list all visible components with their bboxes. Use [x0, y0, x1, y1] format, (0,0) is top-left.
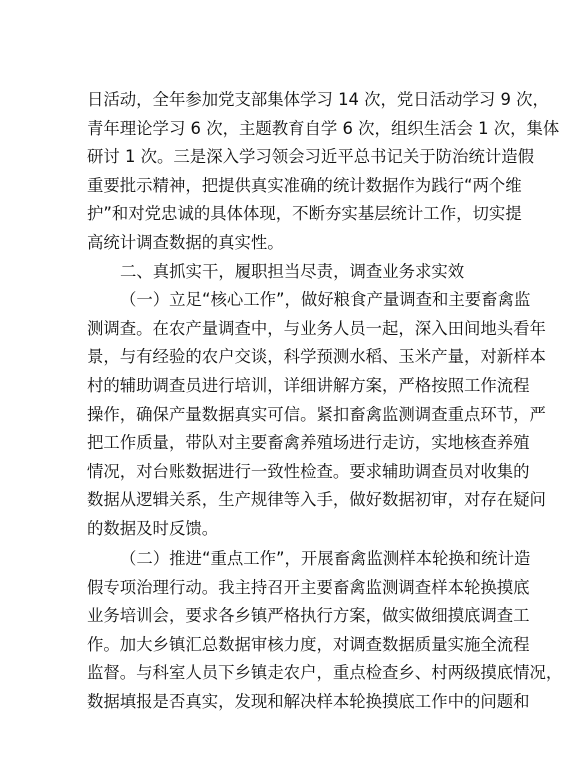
text-line: 作。加大乡镇汇总数据审核力度，对调查数据质量实施全流程 — [87, 631, 499, 660]
text-line: 研讨 1 次。三是深入学习领会习近平总书记关于防治统计造假 — [87, 143, 499, 172]
text-line: 护”和对党忠诚的具体体现，不断夯实基层统计工作，切实提 — [87, 200, 499, 229]
text-line: 情况，对台账数据进行一致性检查。要求辅助调查员对收集的 — [87, 458, 499, 487]
text-line: 重要批示精神，把提供真实准确的统计数据作为践行“两个维 — [87, 172, 499, 201]
text-line: 假专项治理行动。我主持召开主要畜禽监测调查样本轮换摸底 — [87, 574, 499, 603]
text-line: 数据从逻辑关系，生产规律等入手，做好数据初审，对存在疑问 — [87, 486, 499, 515]
text-line: 高统计调查数据的真实性。 — [87, 229, 499, 258]
paragraph-1: 日活动，全年参加党支部集体学习 14 次，党日活动学习 9 次， 青年理论学习 … — [87, 86, 499, 258]
text-line: 把工作质量，带队对主要畜禽养殖场进行走访，实地核查养殖 — [87, 429, 499, 458]
text-line: 数据填报是否真实，发现和解决样本轮换摸底工作中的问题和 — [87, 688, 499, 717]
text-line: 景，与有经验的农户交谈，科学预测水稻、玉米产量，对新样本 — [87, 343, 499, 372]
text-line: 操作，确保产量数据真实可信。紧扣畜禽监测调查重点环节，严 — [87, 401, 499, 430]
text-line: 的数据及时反馈。 — [87, 515, 499, 544]
text-line: （二）推进“重点工作”，开展畜禽监测样本轮换和统计造 — [87, 545, 499, 574]
text-line: 测调查。在农产量调查中，与业务人员一起，深入田间地头看年 — [87, 315, 499, 344]
text-line: 监督。与科室人员下乡镇走农户，重点检查乡、村两级摸底情况， — [87, 659, 499, 688]
document-page: 日活动，全年参加党支部集体学习 14 次，党日活动学习 9 次， 青年理论学习 … — [87, 86, 499, 717]
text-line: 村的辅助调查员进行培训，详细讲解方案，严格按照工作流程 — [87, 372, 499, 401]
heading-text: 二、真抓实干，履职担当尽责，调查业务求实效 — [87, 258, 499, 287]
text-line: （一）立足“核心工作”，做好粮食产量调查和主要畜禽监 — [87, 286, 499, 315]
text-line: 日活动，全年参加党支部集体学习 14 次，党日活动学习 9 次， — [87, 86, 499, 115]
paragraph-2: （一）立足“核心工作”，做好粮食产量调查和主要畜禽监 测调查。在农产量调查中，与… — [87, 286, 499, 543]
text-line: 青年理论学习 6 次，主题教育自学 6 次，组织生活会 1 次，集体 — [87, 115, 499, 144]
section-heading: 二、真抓实干，履职担当尽责，调查业务求实效 — [87, 258, 499, 287]
paragraph-3: （二）推进“重点工作”，开展畜禽监测样本轮换和统计造 假专项治理行动。我主持召开… — [87, 545, 499, 717]
text-line: 业务培训会，要求各乡镇严格执行方案，做实做细摸底调查工 — [87, 602, 499, 631]
